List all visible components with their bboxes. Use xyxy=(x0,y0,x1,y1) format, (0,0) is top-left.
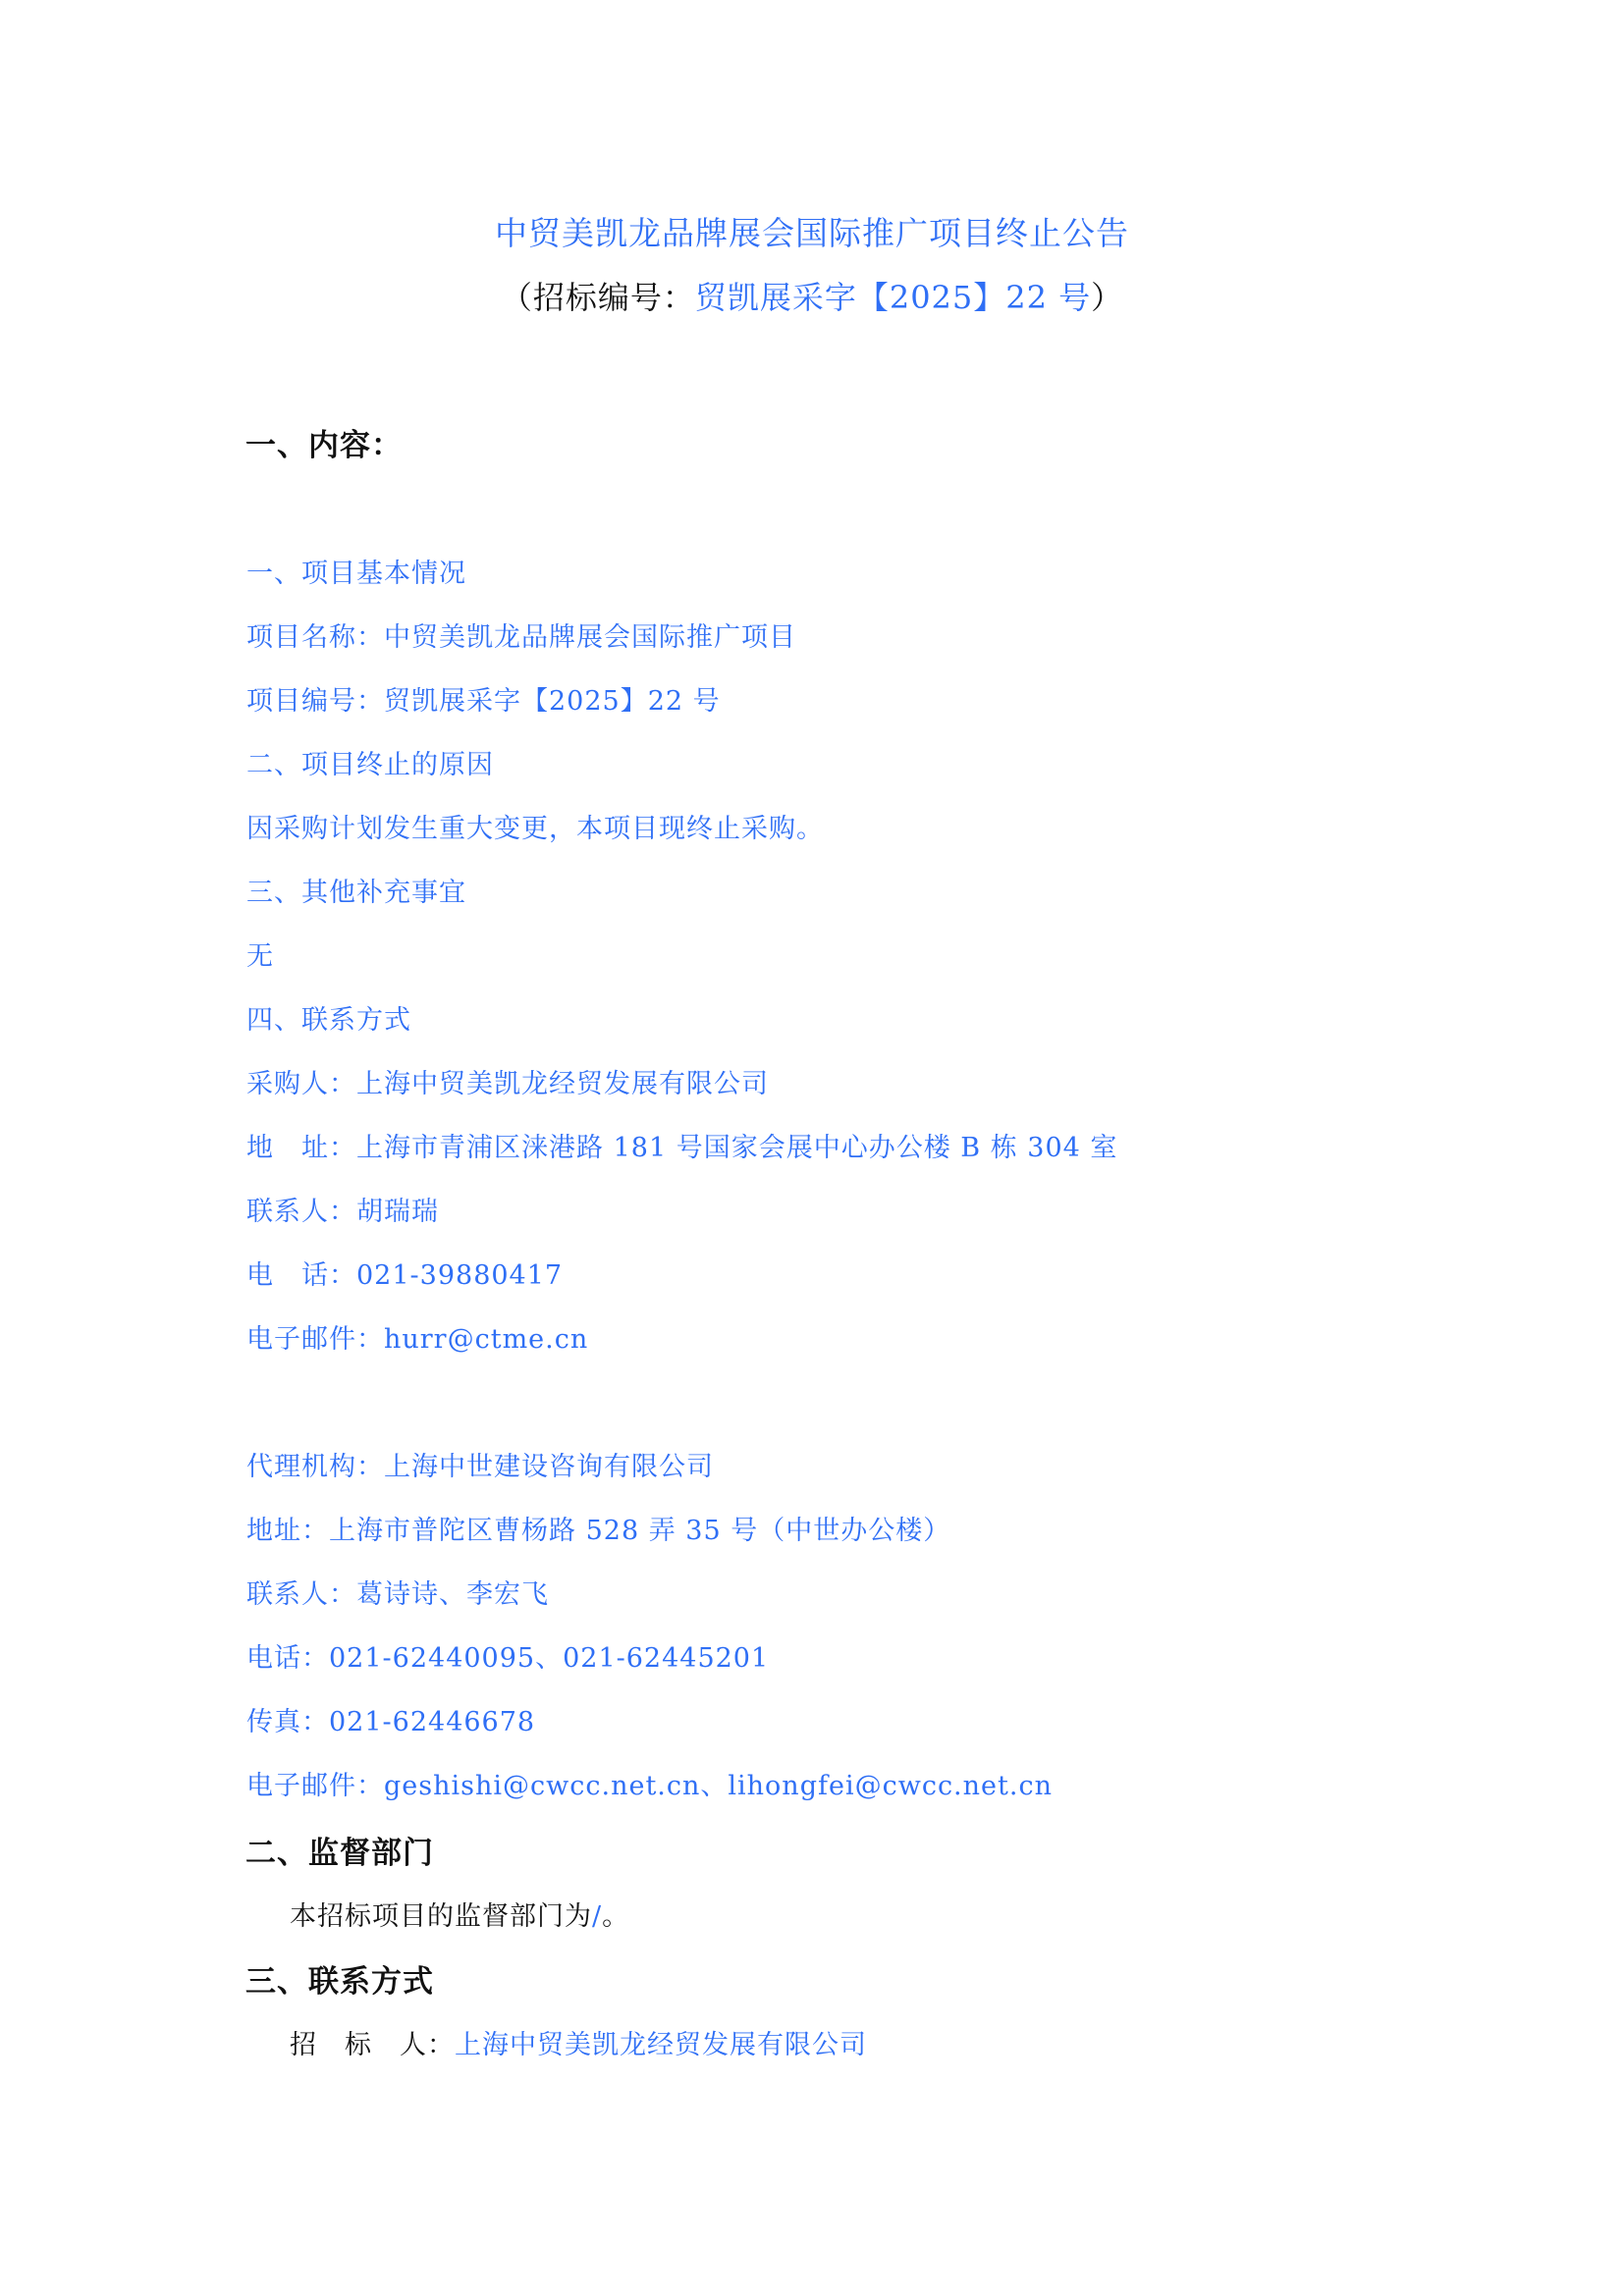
document-title: 中贸美凯龙品牌展会国际推广项目终止公告 xyxy=(0,208,1624,254)
project-number: 项目编号：贸凯展采字【2025】22 号 xyxy=(246,679,721,718)
project-name: 项目名称：中贸美凯龙品牌展会国际推广项目 xyxy=(246,615,796,654)
subheading-contact: 四、联系方式 xyxy=(246,998,411,1037)
supervision-text: 本招标项目的监督部门为/。 xyxy=(290,1895,629,1933)
tenderer-value: 上海中贸美凯龙经贸发展有限公司 xyxy=(455,2030,867,2060)
agency-address: 地址：上海市普陀区曹杨路 528 弄 35 号（中世办公楼） xyxy=(246,1509,950,1547)
section-heading-supervision: 二、监督部门 xyxy=(245,1828,434,1872)
subtitle-prefix: （招标编号： xyxy=(501,279,695,316)
purchaser-email[interactable]: 电子邮件：hurr@ctme.cn xyxy=(246,1317,588,1356)
purchaser: 采购人：上海中贸美凯龙经贸发展有限公司 xyxy=(246,1062,769,1100)
section-heading-content: 一、内容： xyxy=(245,420,403,464)
document-subtitle: （招标编号：贸凯展采字【2025】22 号） xyxy=(0,273,1624,318)
agency-phone: 电话：021-62440095、021-62445201 xyxy=(246,1636,769,1675)
subheading-basic-info: 一、项目基本情况 xyxy=(246,552,466,590)
subheading-termination-reason: 二、项目终止的原因 xyxy=(246,743,494,781)
subtitle-suffix: ） xyxy=(1091,279,1123,316)
supervision-prefix: 本招标项目的监督部门为 xyxy=(290,1901,592,1932)
purchaser-contact-person: 联系人：胡瑞瑞 xyxy=(246,1190,439,1228)
subheading-other-matters: 三、其他补充事宜 xyxy=(246,871,466,909)
section-heading-contact: 三、联系方式 xyxy=(245,1956,434,2001)
purchaser-phone: 电 话：021-39880417 xyxy=(246,1254,563,1292)
tender-number: 贸凯展采字【2025】22 号 xyxy=(695,279,1091,316)
purchaser-address: 地 址：上海市青浦区涞港路 181 号国家会展中心办公楼 B 栋 304 室 xyxy=(246,1126,1117,1164)
agency-fax: 传真：021-62446678 xyxy=(246,1700,535,1738)
supervision-suffix: 。 xyxy=(602,1901,629,1932)
agency-contact-person: 联系人：葛诗诗、李宏飞 xyxy=(246,1573,549,1611)
other-matters: 无 xyxy=(246,934,274,973)
agency-name: 代理机构：上海中世建设咨询有限公司 xyxy=(246,1445,714,1483)
termination-reason: 因采购计划发生重大变更，本项目现终止采购。 xyxy=(246,807,824,845)
tenderer: 招 标 人：上海中贸美凯龙经贸发展有限公司 xyxy=(290,2023,867,2061)
supervision-value: / xyxy=(592,1901,602,1932)
agency-email[interactable]: 电子邮件：geshishi@cwcc.net.cn、lihongfei@cwcc… xyxy=(246,1764,1053,1802)
tenderer-label: 招 标 人： xyxy=(290,2030,455,2060)
